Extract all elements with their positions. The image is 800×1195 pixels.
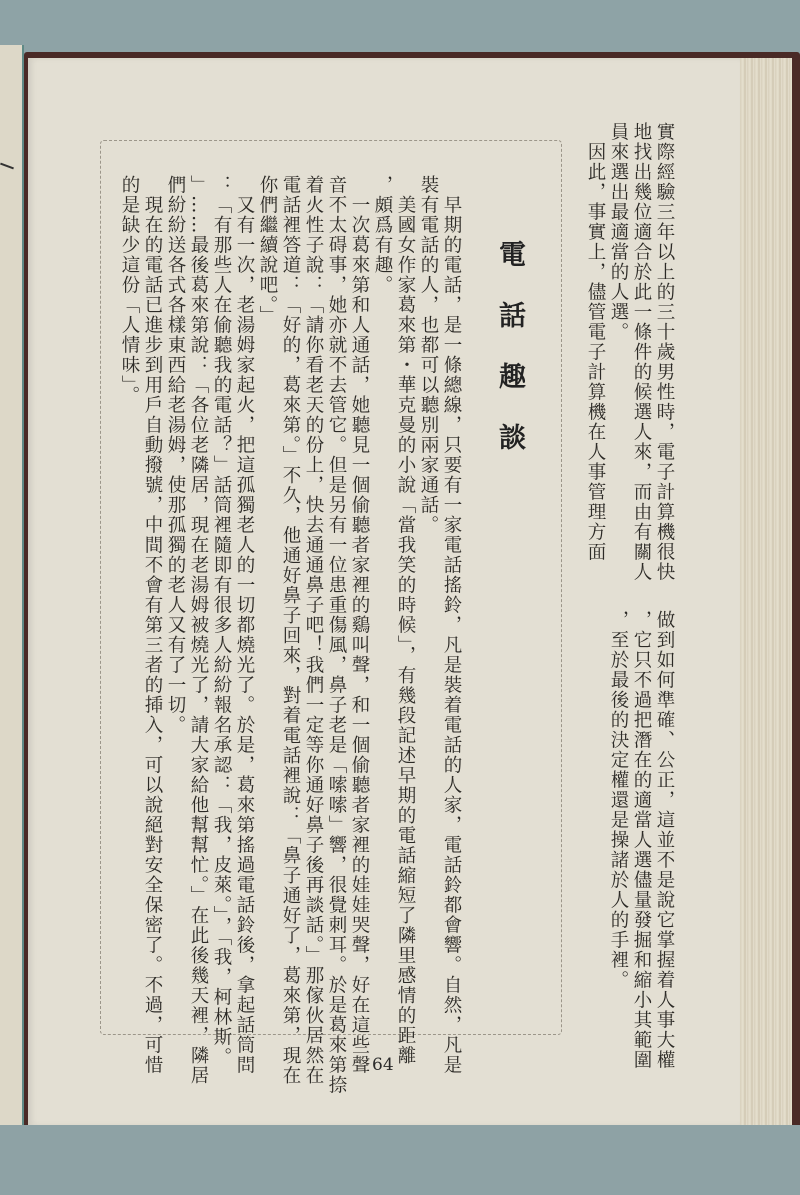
box-column-6: 音不太碍事，她亦就不去管它。但是另有一位患重傷風，鼻子老是「嗦嗦」響，很覺刺耳。… bbox=[325, 175, 348, 1095]
top-article-column-7: ，至於最後的決定權還是操諸於人的手裡。 bbox=[607, 610, 630, 990]
top-article-column-2: 地找出幾位適合於此一條件的候選人來，而由有關人 bbox=[630, 122, 653, 582]
box-column-12: 」……最後葛來第說：「各位老隣居，現在老湯姆被燒光了，請大家給他幫幫忙。」在此後… bbox=[187, 175, 210, 1086]
box-column-3: 美國女作家葛來第・華克曼的小說「當我笑的時候」，有幾段記述早期的電話縮短了隣里感… bbox=[394, 175, 417, 1066]
box-column-13: 們紛紛送各式各樣東西給老湯姆，使那孤獨的老人又有了一切。 bbox=[164, 175, 187, 735]
top-article-column-5: 做到如何準確、公正，這並不是說它掌握着人事大權 bbox=[653, 610, 676, 1070]
background-bottom bbox=[0, 1125, 800, 1195]
box-column-11: ：「有那些人在偷聽我的電話？」話筒裡隨即有很多人紛紛報名承認：「我，皮萊。」，「… bbox=[210, 175, 233, 1067]
top-article-column-4: 因此，事實上，儘管電子計算機在人事管理方面 bbox=[584, 122, 607, 562]
box-column-9: 你們繼續說吧。」 bbox=[256, 175, 279, 326]
box-column-1: 早期的電話，是一條總線，只要有一家電話搖鈴，凡是裝着電話的人家，電話鈴都會響。自… bbox=[440, 175, 463, 1075]
left-page-mark bbox=[0, 163, 14, 170]
top-article-column-6: ，它只不過把潛在的適當人選儘量發掘和縮小其範圍 bbox=[630, 610, 653, 1070]
top-article-column-1: 實際經驗三年以上的三十歲男性時，電子計算機很快 bbox=[653, 122, 676, 582]
box-column-15: 的是缺少這份「人情味」。 bbox=[118, 175, 141, 406]
article-title: 電話趣談 bbox=[490, 240, 529, 484]
left-page-edge bbox=[0, 45, 24, 1125]
background-top bbox=[0, 0, 800, 60]
box-column-10: 又有一次，老湯姆家起火，把這孤獨老人的一切都燒光了。於是，葛來第搖過電話鈴後，拿… bbox=[233, 175, 256, 1075]
box-column-5: 一次葛來第和人通話，她聽見一個偷聽者家裡的鷄叫聲，和一個偷聽者家裡的娃娃哭聲，好… bbox=[348, 175, 371, 1075]
box-column-7: 着火性子說：「請你看老天的份上，快去通通鼻子吧！我們一定等你通好鼻子後再談話。」… bbox=[302, 175, 325, 1086]
box-column-8: 電話裡答道：「好的，葛來第。」不久，他通好鼻子回來，對着電話裡說：「鼻子通好了，… bbox=[279, 175, 302, 1086]
box-column-2: 裝有電話的人，也都可以聽別兩家通話。 bbox=[417, 175, 440, 535]
page-number: 64 bbox=[372, 1055, 394, 1075]
page-stack-edges bbox=[740, 58, 792, 1126]
box-column-4: ，頗爲有趣。 bbox=[371, 175, 394, 295]
box-column-14: 現在的電話已進步到用戶自動撥號，中間不會有第三者的揷入，可以說絕對安全保密了。不… bbox=[141, 175, 164, 1075]
top-article-column-3: 員來選出最適當的人選。 bbox=[607, 122, 630, 342]
